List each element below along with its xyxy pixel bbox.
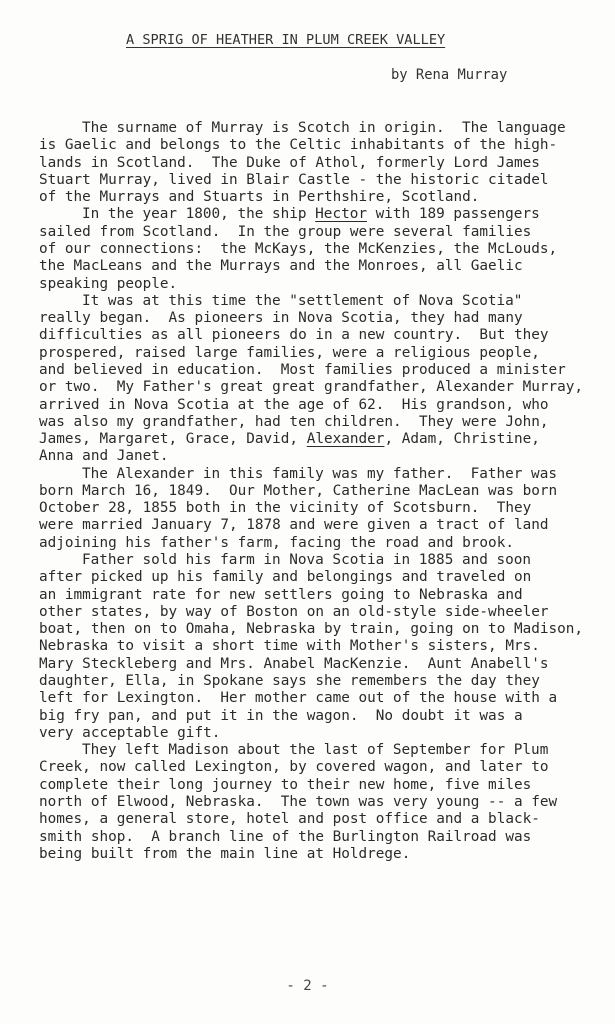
text-line: Nebraska to visit a short time with Moth… [39,638,609,655]
text-line: homes, a general store, hotel and post o… [39,811,609,828]
text-line: They left Madison about the last of Sept… [39,742,609,759]
text-line: left for Lexington. Her mother came out … [39,690,609,707]
text-line: Anna and Janet. [39,448,609,465]
text-line: October 28, 1855 both in the vicinity of… [39,500,609,517]
document-page: A SPRIG OF HEATHER IN PLUM CREEK VALLEY … [0,0,615,1024]
text-line: born March 16, 1849. Our Mother, Catheri… [39,483,609,500]
text-line: boat, then on to Omaha, Nebraska by trai… [39,621,609,638]
text-line: the MacLeans and the Murrays and the Mon… [39,258,609,275]
text-line: or two. My Father's great great grandfat… [39,379,609,396]
text-line: Stuart Murray, lived in Blair Castle - t… [39,172,609,189]
underlined-word: Hector [315,206,367,222]
text-line: adjoining his father's farm, facing the … [39,535,609,552]
text-line: James, Margaret, Grace, David, Alexander… [39,431,609,448]
text-line: were married January 7, 1878 and were gi… [39,517,609,534]
text-line: lands in Scotland. The Duke of Athol, fo… [39,155,609,172]
text-line: is Gaelic and belongs to the Celtic inha… [39,137,609,154]
text-line: Mary Steckleberg and Mrs. Anabel MacKenz… [39,656,609,673]
text-line: really began. As pioneers in Nova Scotia… [39,310,609,327]
text-line: and believed in education. Most families… [39,362,609,379]
text-line: Creek, now called Lexington, by covered … [39,759,609,776]
text-line: of the Murrays and Stuarts in Perthshire… [39,189,609,206]
document-body: The surname of Murray is Scotch in origi… [39,120,609,863]
text-line: prospered, raised large families, were a… [39,345,609,362]
text-line: Father sold his farm in Nova Scotia in 1… [39,552,609,569]
text-line: In the year 1800, the ship Hector with 1… [39,206,609,223]
text-line: north of Elwood, Nebraska. The town was … [39,794,609,811]
paragraph-parents: The Alexander in this family was my fath… [39,466,609,552]
text-line: smith shop. A branch line of the Burling… [39,829,609,846]
page-number: - 2 - [0,978,615,995]
text-line: after picked up his family and belonging… [39,569,609,586]
author-byline: by Rena Murray [391,67,507,84]
text-line: very acceptable gift. [39,725,609,742]
document-title: A SPRIG OF HEATHER IN PLUM CREEK VALLEY [126,32,445,49]
paragraph-plum-creek-arrival: They left Madison about the last of Sept… [39,742,609,863]
text-line: The Alexander in this family was my fath… [39,466,609,483]
text-line: arrived in Nova Scotia at the age of 62.… [39,397,609,414]
text-line: The surname of Murray is Scotch in origi… [39,120,609,137]
text-line: was also my grandfather, had ten childre… [39,414,609,431]
text-line: an immigrant rate for new settlers going… [39,587,609,604]
text-line: of our connections: the McKays, the McKe… [39,241,609,258]
text-line: being built from the main line at Holdre… [39,846,609,863]
text-line: It was at this time the "settlement of N… [39,293,609,310]
underlined-word: Alexander [307,431,385,447]
text-line: complete their long journey to their new… [39,777,609,794]
paragraph-journey-to-nebraska: Father sold his farm in Nova Scotia in 1… [39,552,609,742]
paragraph-ship-hector: In the year 1800, the ship Hector with 1… [39,206,609,292]
text-line: sailed from Scotland. In the group were … [39,224,609,241]
paragraph-surname-origin: The surname of Murray is Scotch in origi… [39,120,609,206]
text-line: other states, by way of Boston on an old… [39,604,609,621]
paragraph-nova-scotia-settlement: It was at this time the "settlement of N… [39,293,609,466]
text-line: speaking people. [39,276,609,293]
text-line: big fry pan, and put it in the wagon. No… [39,708,609,725]
text-line: difficulties as all pioneers do in a new… [39,327,609,344]
text-line: daughter, Ella, in Spokane says she reme… [39,673,609,690]
